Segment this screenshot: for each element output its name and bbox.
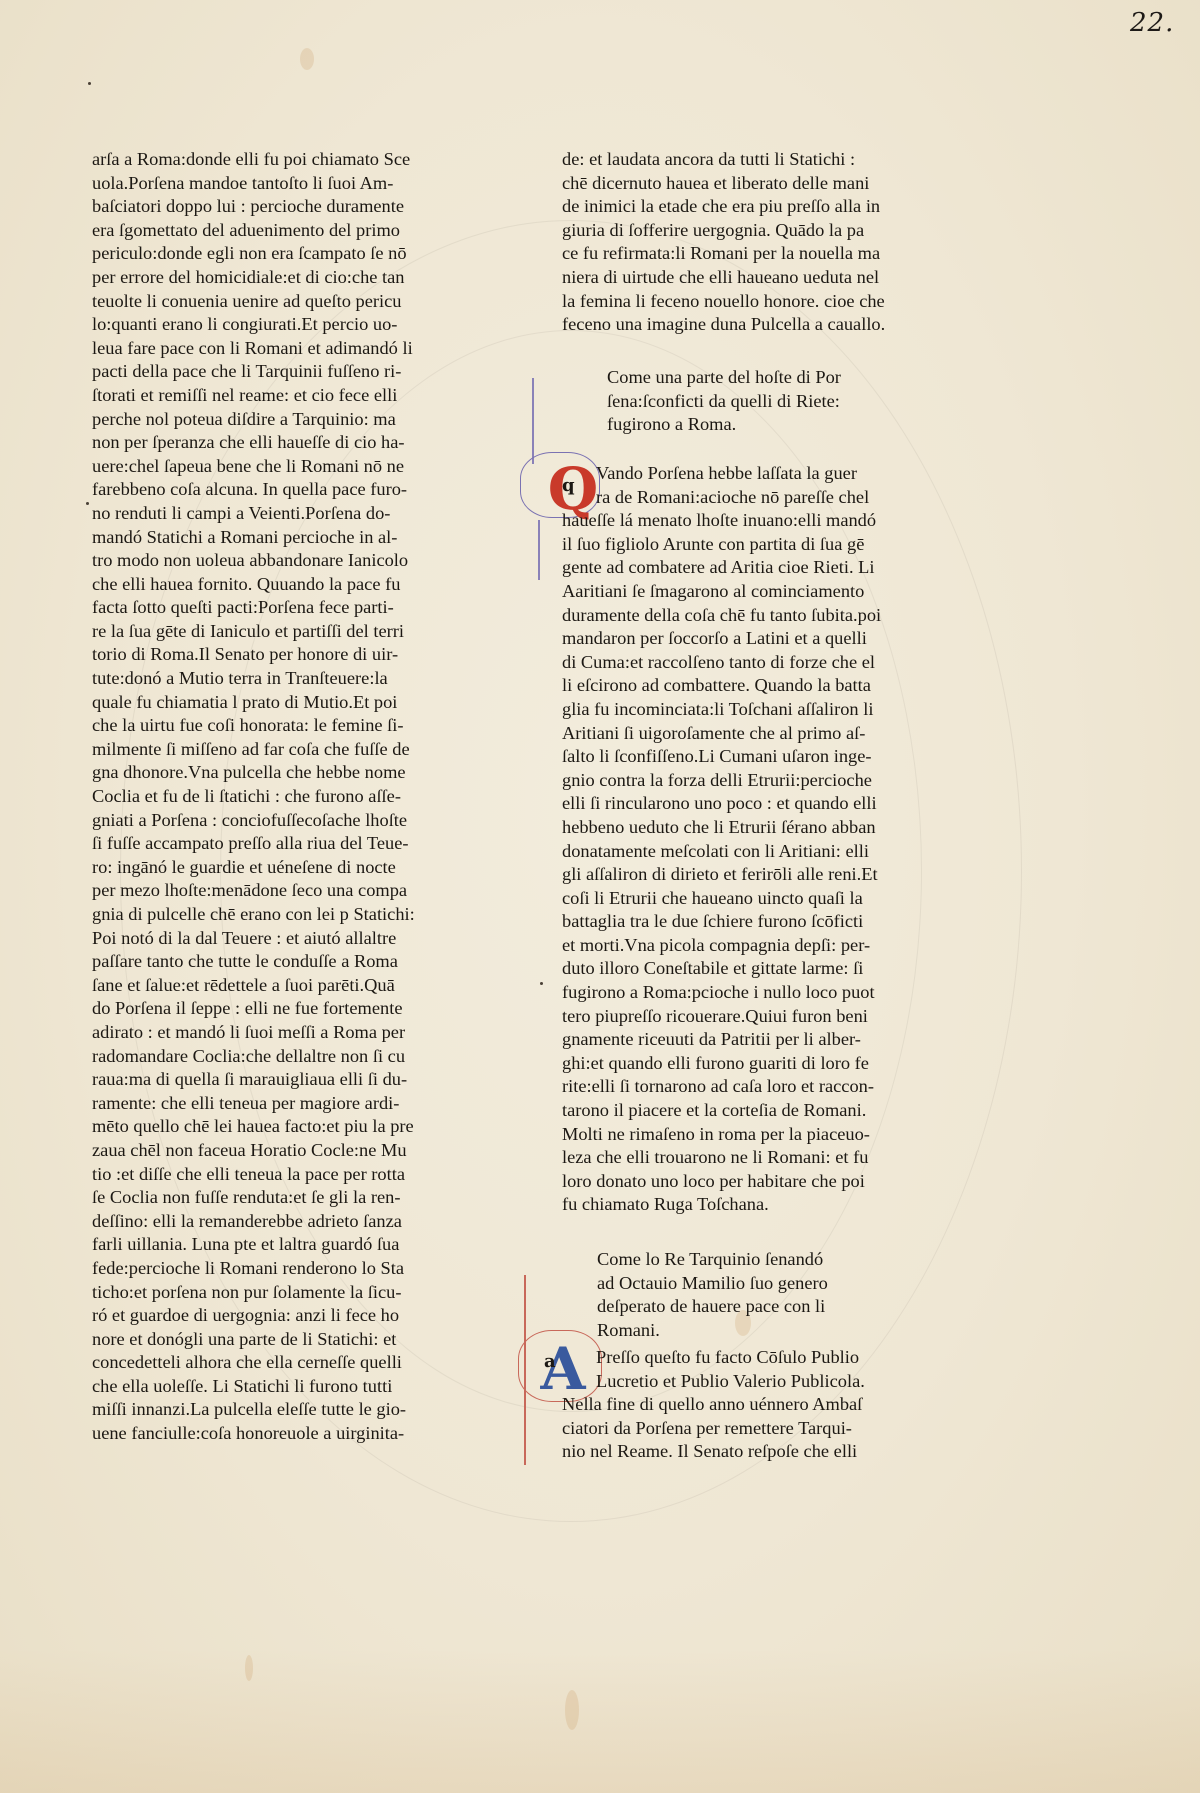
text-line: per errore del homicidiale:et di cio:che… — [92, 266, 457, 290]
margin-mark — [540, 982, 543, 985]
text-line: do Porſena il ſeppe : elli ne fue fortem… — [92, 997, 457, 1021]
chapter-2-text: Preſſo queſto fu facto Cōſulo PublioLucr… — [562, 1346, 865, 1464]
text-line: raua:ma di quella ſi marauigliaua elli ſ… — [92, 1068, 457, 1092]
text-line: leza che elli trouarono ne li Romani: et… — [562, 1146, 881, 1170]
text-line: quale fu chiamatia l prato di Mutio.Et p… — [92, 691, 457, 715]
text-line: farebbeno coſa alcuna. In quella pace fu… — [92, 478, 457, 502]
text-line: lo:quanti erano li congiurati.Et percio … — [92, 313, 457, 337]
text-line: periculo:donde egli non era ſcampato ſe … — [92, 242, 457, 266]
text-line: pacti della pace che li Tarquinii fuſſen… — [92, 360, 457, 384]
text-line: la femina li feceno nouello honore. cioe… — [562, 290, 922, 314]
text-line: miſſi innanzi.La pulcella eleſſe tutte l… — [92, 1398, 457, 1422]
text-line: leua fare pace con li Romani et adimandó… — [92, 337, 457, 361]
text-line: uola.Porſena mandoe tantoſto li ſuoi Am- — [92, 172, 457, 196]
text-line: Poi notó di la dal Teuere : et aiutó all… — [92, 927, 457, 951]
text-line: perche nol poteua diſdire a Tarquinio: m… — [92, 408, 457, 432]
text-line: mandaron per ſoccorſo a Latini et a quel… — [562, 627, 881, 651]
text-line: Molti ne rimaſeno in roma per la piaceuo… — [562, 1123, 881, 1147]
text-line: duramente della coſa chē fu tanto ſubita… — [562, 604, 881, 628]
text-line: battaglia tra le due ſchiere furono ſcōf… — [562, 910, 881, 934]
text-line: gente ad combatere ad Aritia cioe Rieti.… — [562, 556, 881, 580]
text-line: coſi li Etrurii che haueano uincto quaſi… — [562, 887, 881, 911]
text-line: nio nel Reame. Il Senato reſpoſe che ell… — [562, 1440, 865, 1464]
foxing-spot — [300, 48, 314, 70]
text-line: duto illoro Coneſtabile et gittate larme… — [562, 957, 881, 981]
guide-letter: a — [544, 1352, 556, 1372]
text-line: ghi:et quando elli furono guariti di lor… — [562, 1052, 881, 1076]
text-line: ró et guardoe di uergognia: anzi li fece… — [92, 1304, 457, 1328]
text-line: Lucretio et Publio Valerio Publicola. — [562, 1370, 865, 1394]
text-line: Come lo Re Tarquinio ſenandó — [597, 1248, 828, 1272]
text-line: zaua chēl non faceua Horatio Cocle:ne Mu — [92, 1139, 457, 1163]
right-text-column-top: de: et laudata ancora da tutti li Static… — [562, 148, 922, 337]
text-line: Coclia et fu de li ſtatichi : che furono… — [92, 785, 457, 809]
text-line: ſena:ſconficti da quelli di Riete: — [607, 390, 841, 414]
text-line: ſtorati et remiſſi nel reame: et cio fec… — [92, 384, 457, 408]
text-line: Come una parte del hoſte di Por — [607, 366, 841, 390]
text-line: giuria di ſofferire uergognia. Quādo la … — [562, 219, 922, 243]
manuscript-page: 22. arſa a Roma:donde elli fu poi chiama… — [0, 0, 1200, 1793]
text-line: che ella uoleſſe. Li Statichi li furono … — [92, 1375, 457, 1399]
text-line: non per ſperanza che elli haueſſe di cio… — [92, 431, 457, 455]
text-line: Romani. — [597, 1319, 828, 1343]
text-line: deſperato de hauere pace con li — [597, 1295, 828, 1319]
chapter-heading-2: Come lo Re Tarquinio ſenandóad Octauio M… — [597, 1248, 828, 1342]
text-line: no renduti li campi a Veienti.Porſena do… — [92, 502, 457, 526]
text-line: radomandare Coclia:che dellaltre non ſi … — [92, 1045, 457, 1069]
text-line: tarono il piacere et la corteſia de Roma… — [562, 1099, 881, 1123]
text-line: loro donato uno loco per habitare che po… — [562, 1170, 881, 1194]
text-line: uene fanciulle:coſa honoreuole a uirgini… — [92, 1422, 457, 1446]
chapter-1-text: Vando Porſena hebbe laſſata la guerra de… — [562, 462, 881, 1217]
text-line: fede:percioche li Romani renderono lo St… — [92, 1257, 457, 1281]
text-line: milmente ſi miſſeno ad far coſa che fuſſ… — [92, 738, 457, 762]
text-line: hebbeno ueduto che li Etrurii ſérano abb… — [562, 816, 881, 840]
margin-rule-violet — [532, 378, 534, 464]
text-line: feceno una imagine duna Pulcella a caual… — [562, 313, 922, 337]
text-line: chē dicernuto hauea et liberato delle ma… — [562, 172, 922, 196]
text-line: gniati a Porſena : conciofuſſecoſache lh… — [92, 809, 457, 833]
text-line: ro: ingānó le guardie et uéneſene di noc… — [92, 856, 457, 880]
text-line: ſe Coclia non fuſſe renduta:et ſe gli la… — [92, 1186, 457, 1210]
text-line: gli aſſaliron di dirieto et ferirōli all… — [562, 863, 881, 887]
text-line: li eſcirono ad combattere. Quando la bat… — [562, 674, 881, 698]
text-line: per mezo lhoſte:menādone ſeco una compa — [92, 879, 457, 903]
text-line: paſſare tanto che tutte le conduſſe a Ro… — [92, 950, 457, 974]
left-text-column: arſa a Roma:donde elli fu poi chiamato S… — [92, 148, 457, 1446]
text-line: tute:donó a Mutio terra in Tranſteuere:l… — [92, 667, 457, 691]
text-line: facta ſotto queſti pacti:Porſena fece pa… — [92, 596, 457, 620]
margin-rule-violet — [538, 520, 540, 580]
text-line: ramente: che elli teneua per magiore ard… — [92, 1092, 457, 1116]
text-line: uere:chel ſapeua bene che li Romani nō n… — [92, 455, 457, 479]
text-line: adirato : et mandó li ſuoi meſſi a Roma … — [92, 1021, 457, 1045]
text-line: et morti.Vna picola compagnia depſi: per… — [562, 934, 881, 958]
text-line: fugirono a Roma. — [607, 413, 841, 437]
text-line: che elli hauea fornito. Quuando la pace … — [92, 573, 457, 597]
text-line: tio :et diſſe che elli teneua la pace pe… — [92, 1163, 457, 1187]
text-line: ſi fuſſe accampato preſſo alla riua del … — [92, 832, 457, 856]
text-line: teuolte li conuenia uenire ad queſto per… — [92, 290, 457, 314]
text-line: ad Octauio Mamilio ſuo genero — [597, 1272, 828, 1296]
text-line: Aritiani ſi uigoroſamente che al primo a… — [562, 722, 881, 746]
text-line: Nella fine di quello anno uénnero Ambaſ — [562, 1393, 865, 1417]
text-line: ſalto li ſconfiſſeno.Li Cumani uſaron in… — [562, 745, 881, 769]
foxing-stains — [0, 1613, 1200, 1793]
text-line: il ſuo figliolo Arunte con partita di ſu… — [562, 533, 881, 557]
text-line: ce fu refirmata:li Romani per la nouella… — [562, 242, 922, 266]
text-line: gnio contra la forza delli Etrurii:perci… — [562, 769, 881, 793]
text-line: ſane et ſalue:et rēdettele a ſuoi parēti… — [92, 974, 457, 998]
text-line: ciatori da Porſena per remettere Tarqui- — [562, 1417, 865, 1441]
text-line: donatamente meſcolati con li Aritiani: e… — [562, 840, 881, 864]
text-line: nore et donógli una parte de li Statichi… — [92, 1328, 457, 1352]
text-line: era ſgomettato del aduenimento del primo — [92, 219, 457, 243]
text-line: torio di Roma.Il Senato per honore di ui… — [92, 643, 457, 667]
text-line: de: et laudata ancora da tutti li Static… — [562, 148, 922, 172]
text-line: tero piupreſſo ricouerare.Quiui furon be… — [562, 1005, 881, 1029]
margin-mark — [88, 82, 91, 85]
text-line: Vando Porſena hebbe laſſata la guer — [562, 462, 881, 486]
text-line: Aaritiani ſe ſmagarono al cominciamento — [562, 580, 881, 604]
text-line: re la ſua gēte di Ianiculo et partiſſi d… — [92, 620, 457, 644]
margin-mark — [86, 502, 89, 505]
text-line: haueſſe lá menato lhoſte inuano:elli man… — [562, 509, 881, 533]
text-line: di Cuma:et raccolſeno tanto di forze che… — [562, 651, 881, 675]
text-line: rite:elli ſi tornarono ad caſa loro et r… — [562, 1075, 881, 1099]
text-line: arſa a Roma:donde elli fu poi chiamato S… — [92, 148, 457, 172]
chapter-heading-1: Come una parte del hoſte di Porſena:ſcon… — [607, 366, 841, 437]
text-line: elli ſi rincularono uno poco : et quando… — [562, 792, 881, 816]
text-line: deſſino: elli la remanderebbe adrieto ſa… — [92, 1210, 457, 1234]
foxing-spot — [245, 1655, 253, 1681]
text-line: gnamente riceuuti da Patritii per li alb… — [562, 1028, 881, 1052]
text-line: ticho:et porſena non pur ſolamente la ſi… — [92, 1281, 457, 1305]
text-line: gnia di pulcelle chē erano con lei p Sta… — [92, 903, 457, 927]
text-line: baſciatori doppo lui : percioche duramen… — [92, 195, 457, 219]
folio-number: 22. — [1130, 8, 1174, 38]
text-line: ra de Romani:acioche nō pareſſe chel — [562, 486, 881, 510]
text-line: mandó Statichi a Romani percioche in al- — [92, 526, 457, 550]
text-line: Preſſo queſto fu facto Cōſulo Publio — [562, 1346, 865, 1370]
text-line: concedetteli alhora che ella cerneſſe qu… — [92, 1351, 457, 1375]
text-line: niera di uirtude che elli haueano ueduta… — [562, 266, 922, 290]
text-line: fugirono a Roma:pcioche i nullo loco puo… — [562, 981, 881, 1005]
text-line: gna dhonore.Vna pulcella che hebbe nome — [92, 761, 457, 785]
foxing-spot — [565, 1690, 579, 1730]
text-line: glia fu incominciata:li Toſchani aſſalir… — [562, 698, 881, 722]
text-line: de inimici la etade che era piu preſſo a… — [562, 195, 922, 219]
text-line: tro modo non uoleua abbandonare Ianicolo — [92, 549, 457, 573]
text-line: farli uillania. Luna pte et laltra guard… — [92, 1233, 457, 1257]
text-line: fu chiamato Ruga Toſchana. — [562, 1193, 881, 1217]
text-line: che la uirtu fue coſi honorata: le femin… — [92, 714, 457, 738]
text-line: mēto quello chē lei hauea facto:et piu l… — [92, 1115, 457, 1139]
